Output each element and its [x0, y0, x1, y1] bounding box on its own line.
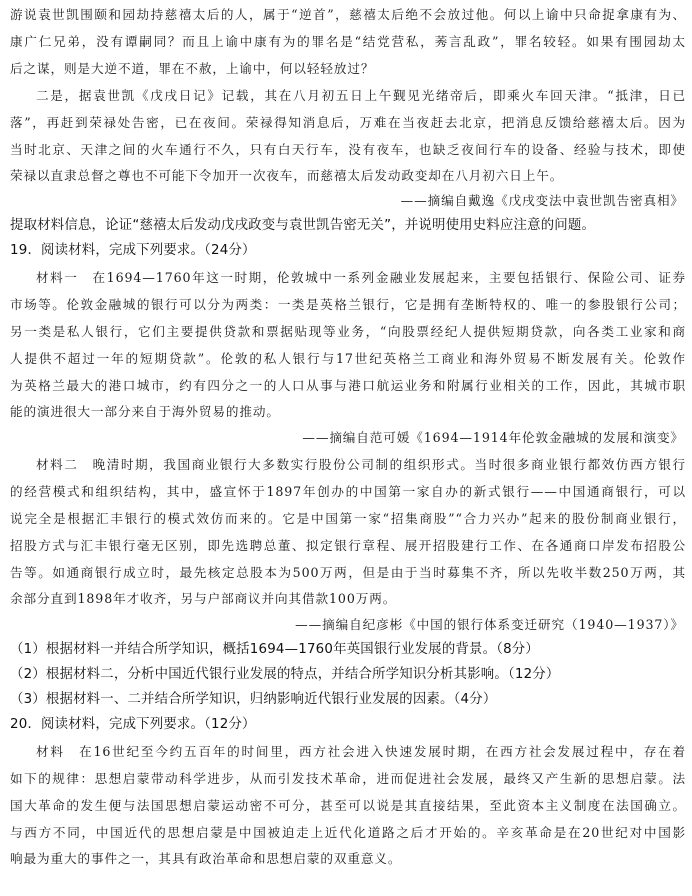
- q19-material1-line: 能的演进很大一部分来自于海外贸易的推动。: [10, 402, 686, 422]
- q19-material1-line: 为英格兰最大的港口城市，约有四分之一的人口从事与港口航运业务和附属行业相关的工作…: [10, 376, 686, 396]
- q19-subquestion-3: （3）根据材料一、二并结合所学知识，归纳影响近代银行业发展的因素。（4分）: [10, 690, 686, 710]
- q18-material-line: 康广仁兄弟，没有谭嗣同？而且上谕中康有为的罪名是“结党营私，莠言乱政”，罪名较轻…: [10, 32, 686, 52]
- q20-material-line: 如下的规律：思想启蒙带动科学进步，从而引发技术革命，进而促进社会发展，最终又产生…: [10, 769, 686, 789]
- q19-material1-line: 人提供不超过一年的短期贷款”。伦敦的私人银行与17世纪英格兰工商业和海外贸易不断…: [10, 349, 686, 369]
- q19-material1-line: 另一类是私人银行，它们主要提供贷款和票据贴现等业务，“向股票经纪人提供短期贷款，…: [10, 322, 686, 342]
- q18-material-line: 荣禄以直隶总督之尊也不可能下令加开一次夜车，而慈禧太后发动政变却在八月初六日上午…: [10, 166, 686, 186]
- q19-material2-line: 的经营模式和组织结构，其中，盛宣怀于1897年创办的中国第一家自办的新式银行——…: [10, 482, 686, 502]
- q20-material-line: 响最为重大的事件之一，其具有政治革命和思想启蒙的双重意义。: [10, 849, 686, 869]
- q19-material2-line: 招股方式与汇丰银行毫无区别，即先选聘总董、拟定银行章程、展开招股建行工作、在各通…: [10, 536, 686, 556]
- q20-material-line: 国大革命的发生便与法国思想启蒙运动密不可分，甚至可以说是其直接结果，至此资本主义…: [10, 796, 686, 816]
- q18-source-citation: ——摘编自戴逸《戊戌变法中袁世凯告密真相》: [10, 191, 684, 211]
- q20-material-line: 材料 在16世纪至今约五百年的时间里，西方社会进入快速发展时期，在西方社会发展过…: [10, 742, 686, 762]
- q19-material2-line: 告等。如通商银行成立时，最先核定总股本为500万两，但是由于当时募集不齐，所以先…: [10, 563, 686, 583]
- q18-material-line: 当时北京、天津之间的火车通行不久，只有白天行车，没有夜车，也缺乏夜间行车的设备、…: [10, 140, 686, 160]
- q18-material-line: 二是，据袁世凯《戊戌日记》记载，其在八月初五日上午觐见光绪帝后，即乘火车回天津。…: [10, 86, 686, 106]
- q18-material-line: 落”，再赶到荣禄处告密，已在夜间。荣禄得知消息后，万难在当夜赶去北京，把消息反馈…: [10, 113, 686, 133]
- q19-subquestion-2: （2）根据材料二，分析中国近代银行业发展的特点，并结合所学知识分析其影响。（12…: [10, 665, 686, 685]
- q18-question: 提取材料信息，论证“慈禧太后发动戊戌政变与袁世凯告密无关”，并说明使用史料应注意…: [10, 216, 686, 236]
- q19-material2-source: ——摘编自纪彦彬《中国的银行体系变迁研究（1940—1937）》: [10, 615, 684, 635]
- q19-subquestion-1: （1）根据材料一并结合所学知识，概括1694—1760年英国银行业发展的背景。（…: [10, 640, 686, 660]
- q19-material1-line: 材料一 在1694—1760年这一时期，伦敦城中一系列金融业发展起来，主要包括银…: [10, 268, 686, 288]
- q18-material-line: 后之谋，则是大逆不道，罪在不赦，上谕中，何以轻轻放过？: [10, 59, 686, 79]
- q19-material1-line: 市场等。伦敦金融城的银行可以分为两类：一类是英格兰银行，它是拥有垄断特权的、唯一…: [10, 295, 686, 315]
- q19-material2-line: 材料二 晚清时期，我国商业银行大多数实行股份公司制的组织形式。当时很多商业银行都…: [10, 455, 686, 475]
- q19-material2-line: 余部分直到1898年才收齐，另与户部商议并向其借款100万两。: [10, 589, 686, 609]
- q19-heading: 19．阅读材料，完成下列要求。（24分）: [10, 241, 686, 261]
- q18-material-line: 游说袁世凯围颐和园劫持慈禧太后的人，属于“逆首”，慈禧太后绝不会放过他。何以上谕…: [10, 5, 686, 25]
- q19-material2-line: 说完全是根据汇丰银行的模式效仿而来的。它是中国第一家“招集商股”“合力兴办”起来…: [10, 509, 686, 529]
- q19-material1-source: ——摘编自范可媛《1694—1914年伦敦金融城的发展和演变》: [10, 428, 684, 448]
- q20-material-line: 与西方不同，中国近代的思想启蒙是中国被迫走上近代化道路之后才开始的。辛亥革命是在…: [10, 823, 686, 843]
- exam-page: 游说袁世凯围颐和园劫持慈禧太后的人，属于“逆首”，慈禧太后绝不会放过他。何以上谕…: [0, 0, 692, 896]
- q20-heading: 20．阅读材料，完成下列要求。（12分）: [10, 715, 686, 735]
